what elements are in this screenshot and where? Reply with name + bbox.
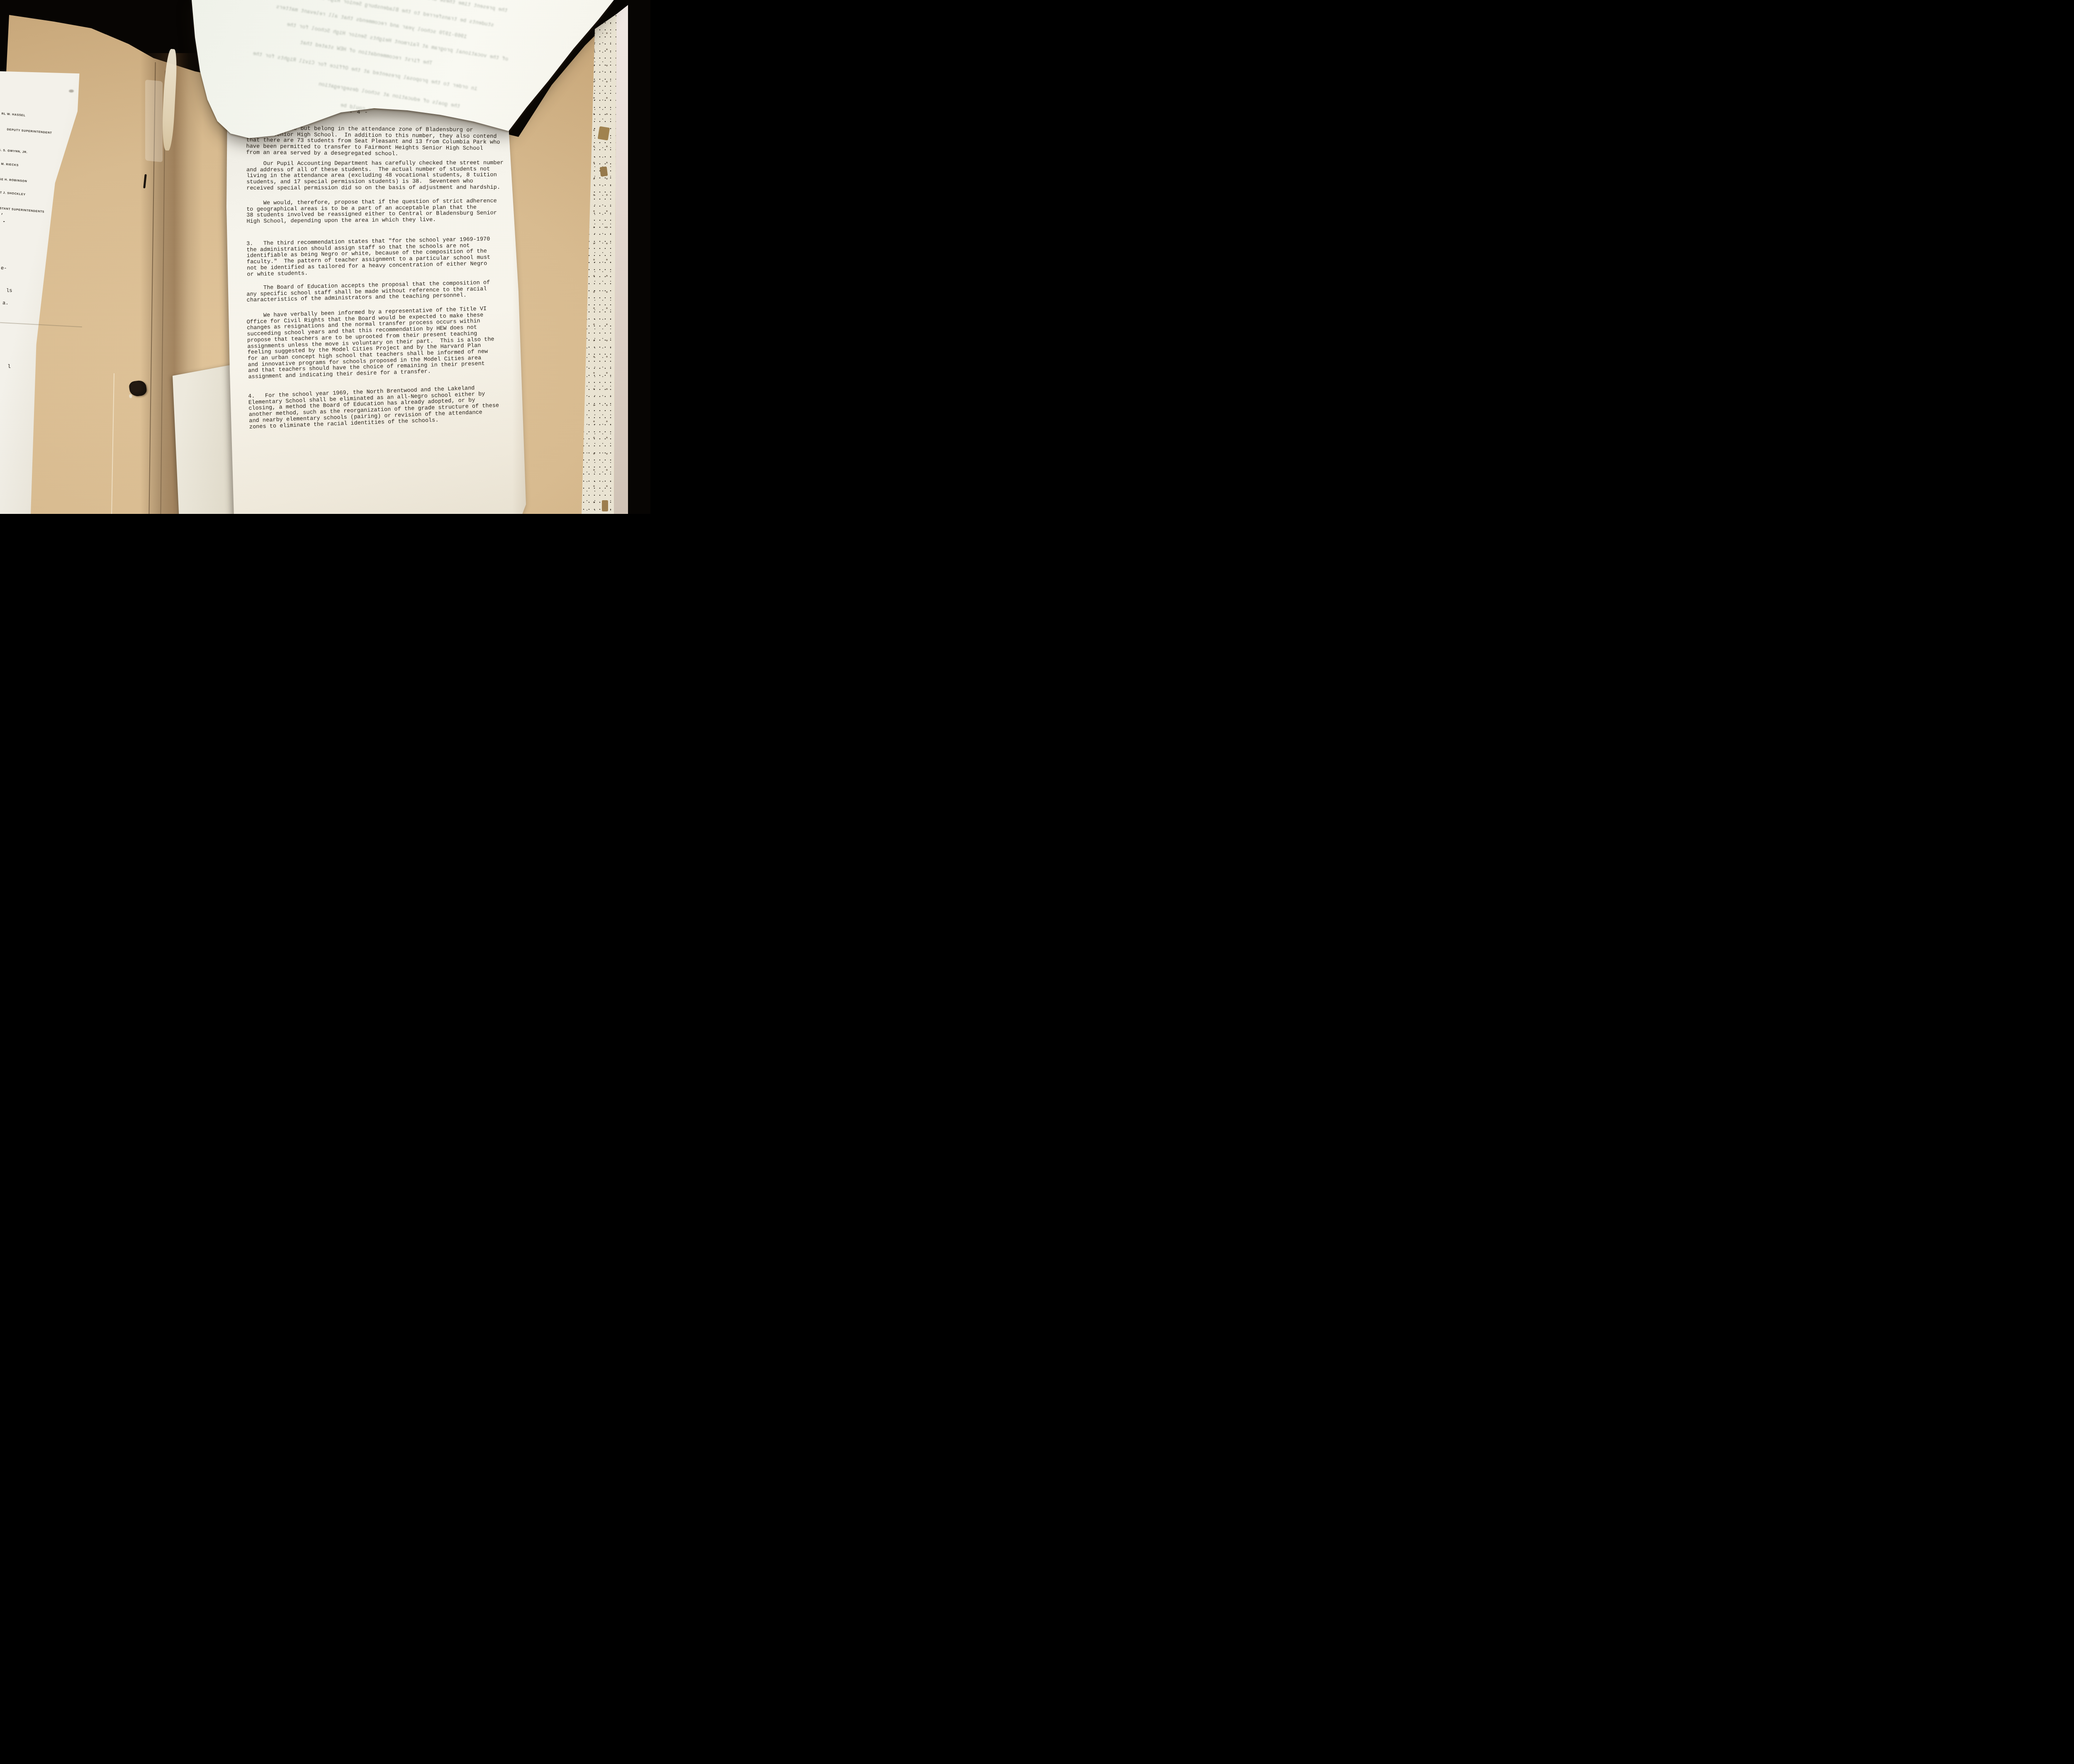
ghost-line: 1969-1970 school year and recommends tha… <box>276 4 467 40</box>
lifted-page-curl: the present time these are the students … <box>0 0 650 514</box>
ghost-line: in order to the proposal presented at th… <box>253 51 478 92</box>
ghost-line: the plans as prepared by these offices c… <box>340 102 485 131</box>
photo-stage: RL W. HASSELDEPUTY SUPERINTENDENTS. S. G… <box>0 0 650 514</box>
lifted-page-wrap: the present time these are the students … <box>0 0 650 514</box>
bleed-through-text: the present time these are the students … <box>215 0 627 168</box>
